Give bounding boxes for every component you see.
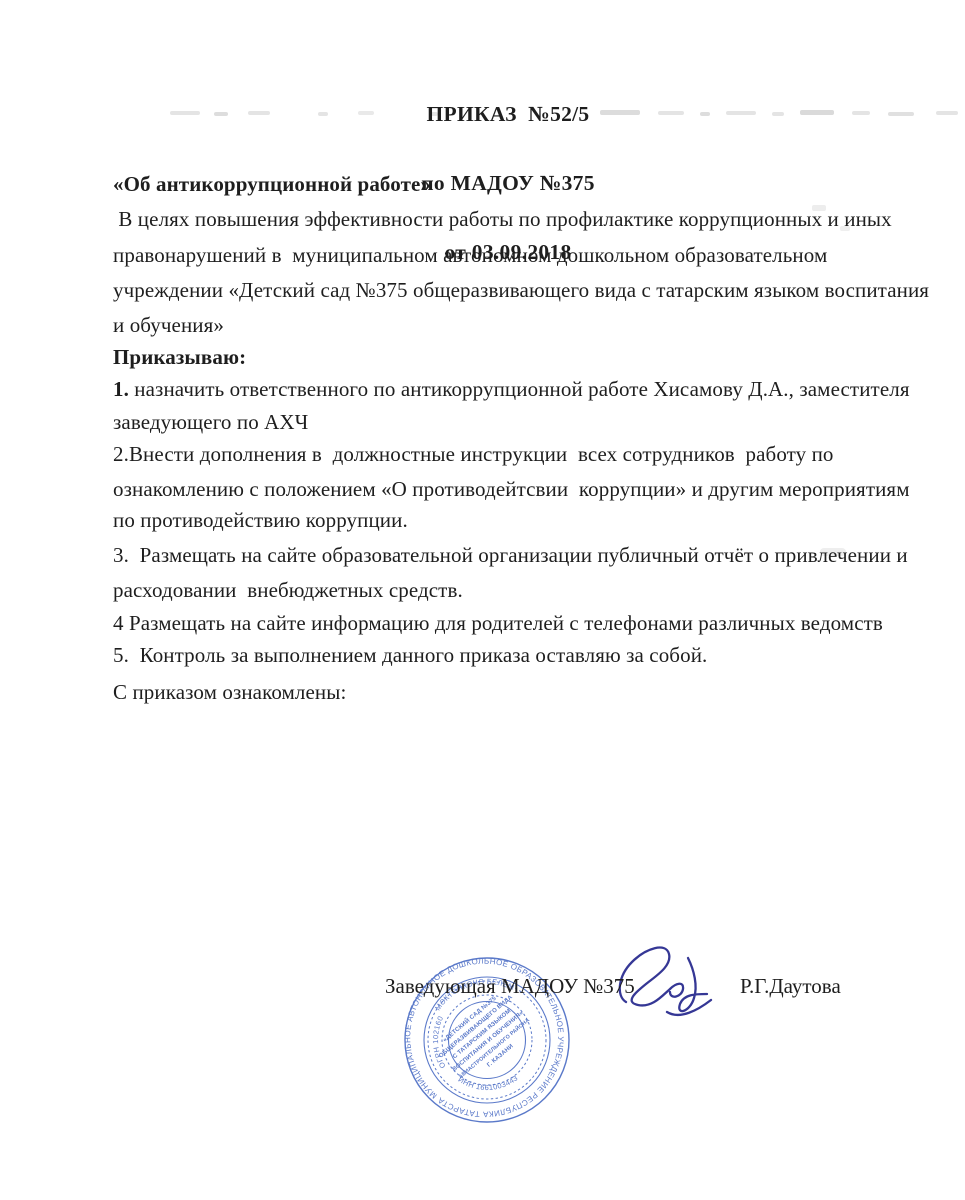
acknowledgement-line: С приказом ознакомлены: <box>113 680 346 704</box>
subject-line: «Об антикоррупционной работе» <box>113 172 431 196</box>
order-item-3-line-1: 3. Размещать на сайте образовательной ор… <box>113 543 908 567</box>
order-item-4: 4 Размещать на сайте информацию для роди… <box>113 611 883 635</box>
order-item-2-line-2: ознакомлению с положением «О противодейт… <box>113 477 910 501</box>
scan-noise <box>600 110 640 115</box>
scanned-document-page: ПРИКАЗ №52/5 по МАДОУ №375 от 03.09.2018… <box>0 0 965 1200</box>
order-title-line-2: по МАДОУ №375 <box>421 172 595 195</box>
order-item-5: 5. Контроль за выполнением данного прика… <box>113 643 707 667</box>
scan-noise <box>318 112 328 116</box>
scan-noise <box>936 111 958 115</box>
preamble-line-1: В целях повышения эффективности работы п… <box>113 207 892 231</box>
signature-position-label: Заведующая МАДОУ №375 <box>385 974 635 999</box>
scan-noise <box>214 112 228 116</box>
order-item-2-line-1: 2.Внести дополнения в должностные инстру… <box>113 442 834 466</box>
order-title-line-1: ПРИКАЗ №52/5 <box>421 103 595 126</box>
order-item-1-line-2: заведующего по АХЧ <box>113 410 308 434</box>
preamble-line-3: учреждении «Детский сад №375 общеразвива… <box>113 278 929 302</box>
preamble-line-2: правонарушений в муниципальном автономно… <box>113 243 827 267</box>
scan-noise <box>800 110 834 115</box>
order-title: ПРИКАЗ №52/5 по МАДОУ №375 от 03.09.2018 <box>421 57 595 310</box>
scan-noise <box>658 111 684 115</box>
order-word: Приказываю: <box>113 345 246 369</box>
scan-noise <box>248 111 270 115</box>
scan-noise <box>772 112 784 116</box>
order-item-1-line-1: 1. назначить ответственного по антикорру… <box>113 377 910 401</box>
scan-noise <box>700 112 710 116</box>
scan-noise <box>726 111 756 115</box>
scan-noise <box>358 111 374 115</box>
item-1-text: назначить ответственного по антикоррупци… <box>129 377 910 401</box>
scan-noise <box>852 111 870 115</box>
scan-noise <box>888 112 914 116</box>
order-item-2-line-3: по противодействию коррупции. <box>113 508 408 532</box>
preamble-line-4: и обучения» <box>113 313 224 337</box>
order-item-3-line-2: расходовании внебюджетных средств. <box>113 578 463 602</box>
item-1-number: 1. <box>113 377 129 401</box>
signatory-name: Р.Г.Даутова <box>740 974 841 999</box>
scan-noise <box>170 111 200 115</box>
